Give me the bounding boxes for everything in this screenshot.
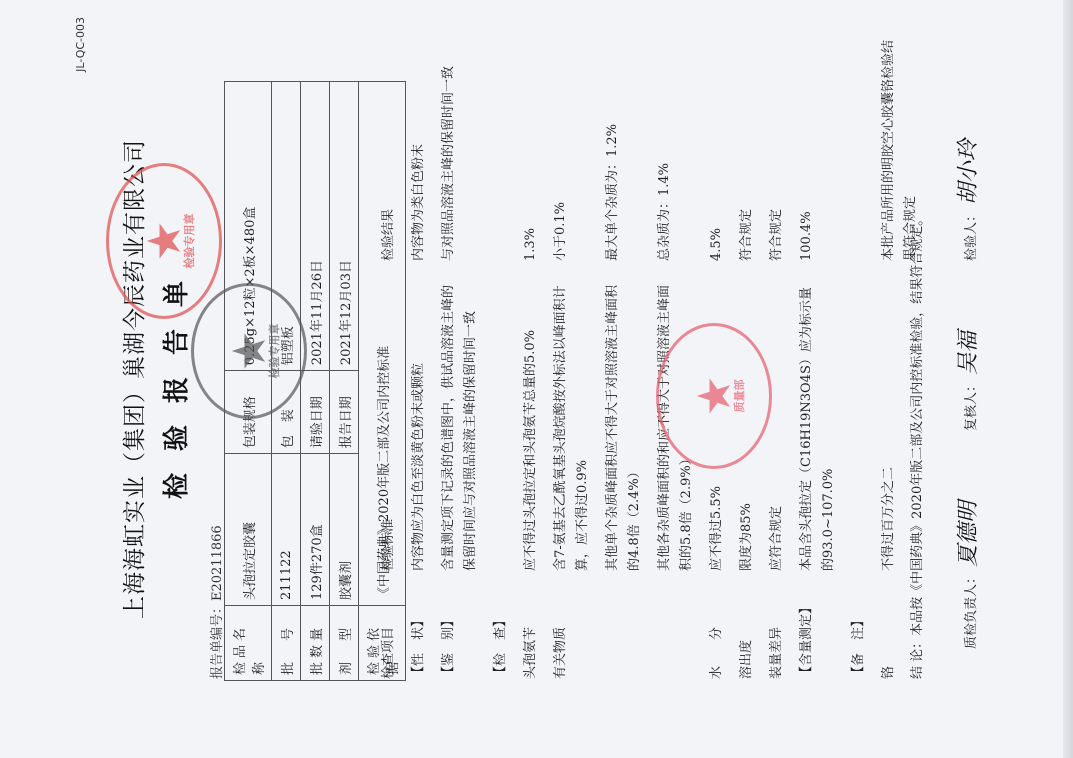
row-item: 【性 状】 <box>408 571 430 679</box>
row-result: 内容物为类白色粉末 <box>408 39 430 261</box>
report-number-value: E20211866 <box>210 525 225 601</box>
row-result: 符合规定 <box>736 39 758 261</box>
row-item: 装量差异 <box>766 571 788 679</box>
report-title: 检验报告单 <box>156 9 193 749</box>
inspection-row: 【鉴 别】含量测定项下记录的色谱图中，供试品溶液主峰的保留时间应与对照品溶液主峰… <box>438 39 482 679</box>
quantity-label: 批数量 <box>301 606 330 681</box>
inspection-row: 【性 状】内容物应为白色至淡黄色粉末或颗粒内容物为类白色粉末 <box>408 39 430 679</box>
row-result: 符合规定 <box>766 39 788 261</box>
row-standard <box>848 261 870 571</box>
inspection-row: 【含量测定】本品含头孢拉定（C16H19N3O4S）应为标示量的93.0~107… <box>796 39 840 679</box>
inspection-row: 有关物质含7-氨基去乙酰氧基头孢烷酸按外标法以峰面积计算，应不得过0.9%小于0… <box>550 39 594 679</box>
row-result: 小于0.1% <box>550 39 594 261</box>
inspection-stamp: ★ 检验专用章 <box>191 283 307 419</box>
report-date-label: 报告日期 <box>330 371 359 454</box>
row-item: 有关物质 <box>550 571 594 679</box>
product-name-label: 检品名称 <box>225 606 272 681</box>
dosage-label: 剂 型 <box>330 606 359 681</box>
batch-value: 211122 <box>272 454 301 606</box>
report-number-label: 报告单编号： <box>210 601 225 679</box>
document-code: JL-QC-003 <box>74 17 87 72</box>
inspect-date-value: 2021年11月26日 <box>301 82 330 371</box>
row-item: 溶出度 <box>736 571 758 679</box>
report-number: 报告单编号：E20211866 <box>206 525 225 679</box>
row-result <box>848 39 870 261</box>
reviewer-signature: 复核人：吴福 <box>951 331 982 431</box>
row-standard: 其他单个杂质峰面积应不得大于对照溶液主峰面积的4.8倍（2.4%） <box>602 261 646 571</box>
qc-signature: 质检负责人：夏德明 <box>951 501 982 649</box>
row-result <box>490 39 512 261</box>
inspection-row: 【备 注】 <box>848 39 870 679</box>
conclusion: 结 论：本品按《中国药典》2020年版二部及公司内控标准检验，结果符合规定。 <box>906 213 925 679</box>
inspection-row: 装量差异应符合规定符合规定 <box>766 39 788 679</box>
header-standard: 检验标准 <box>378 261 400 571</box>
inspection-row: 【检 查】 <box>490 39 512 679</box>
qa-stamp: ★ 质量部 <box>656 323 772 469</box>
row-item: 水 分 <box>706 571 728 679</box>
row-standard: 含7-氨基去乙酰氧基头孢烷酸按外标法以峰面积计算，应不得过0.9% <box>550 261 594 571</box>
inspector-signature: 检验人：胡小玲 <box>951 139 982 261</box>
row-result: 与对照品溶液主峰的保留时间一致 <box>438 39 482 261</box>
row-result: 最大单个杂质为：1.2% <box>602 39 646 261</box>
report-date-value: 2021年12月03日 <box>330 82 359 371</box>
row-item: 【鉴 别】 <box>438 571 482 679</box>
header-item: 检查项目 <box>378 571 400 679</box>
company-name: 上海海虹实业（集团）巢湖今辰药业有限公司 <box>116 9 149 749</box>
row-standard: 内容物应为白色至淡黄色粉末或颗粒 <box>408 261 430 571</box>
inspection-row: 其他单个杂质峰面积应不得大于对照溶液主峰面积的4.8倍（2.4%）最大单个杂质为… <box>602 39 646 679</box>
inspection-items: 检查项目 检验标准 检验结果 【性 状】内容物应为白色至淡黄色粉末或颗粒内容物为… <box>378 39 930 679</box>
row-item <box>602 571 646 679</box>
row-standard: 应不得过头孢拉定和头孢氨苄总量的5.0% <box>520 261 542 571</box>
row-result: 1.3% <box>520 39 542 261</box>
row-result: 总杂质为：1.4% <box>654 39 698 261</box>
inspect-date-label: 请验日期 <box>301 371 330 454</box>
dosage-value: 胶囊剂 <box>330 454 359 606</box>
batch-label: 批 号 <box>272 606 301 681</box>
row-standard: 含量测定项下记录的色谱图中，供试品溶液主峰的保留时间应与对照品溶液主峰的保留时间… <box>438 261 482 571</box>
row-standard: 本品含头孢拉定（C16H19N3O4S）应为标示量的93.0~107.0% <box>796 261 840 571</box>
row-item: 【检 查】 <box>490 571 512 679</box>
signatures: 质检负责人：夏德明 复核人：吴福 检验人：胡小玲 <box>951 49 982 649</box>
product-name-value: 头孢拉定胶囊 <box>225 454 272 606</box>
row-result: 100.4% <box>796 39 840 261</box>
row-item: 【含量测定】 <box>796 571 840 679</box>
company-stamp: ★ 检验专用章 <box>106 163 222 319</box>
row-item: 头孢氨苄 <box>520 571 542 679</box>
header-result: 检验结果 <box>378 39 400 261</box>
row-standard <box>490 261 512 571</box>
inspection-report-page: JL-QC-003 上海海虹实业（集团）巢湖今辰药业有限公司 检验报告单 报告单… <box>6 9 1066 749</box>
inspection-row: 头孢氨苄应不得过头孢拉定和头孢氨苄总量的5.0%1.3% <box>520 39 542 679</box>
items-header: 检查项目 检验标准 检验结果 <box>378 39 400 679</box>
row-item: 【备 注】 <box>848 571 870 679</box>
row-result: 4.5% <box>706 39 728 261</box>
row-item <box>654 571 698 679</box>
quantity-value: 129件270盒 <box>301 454 330 606</box>
